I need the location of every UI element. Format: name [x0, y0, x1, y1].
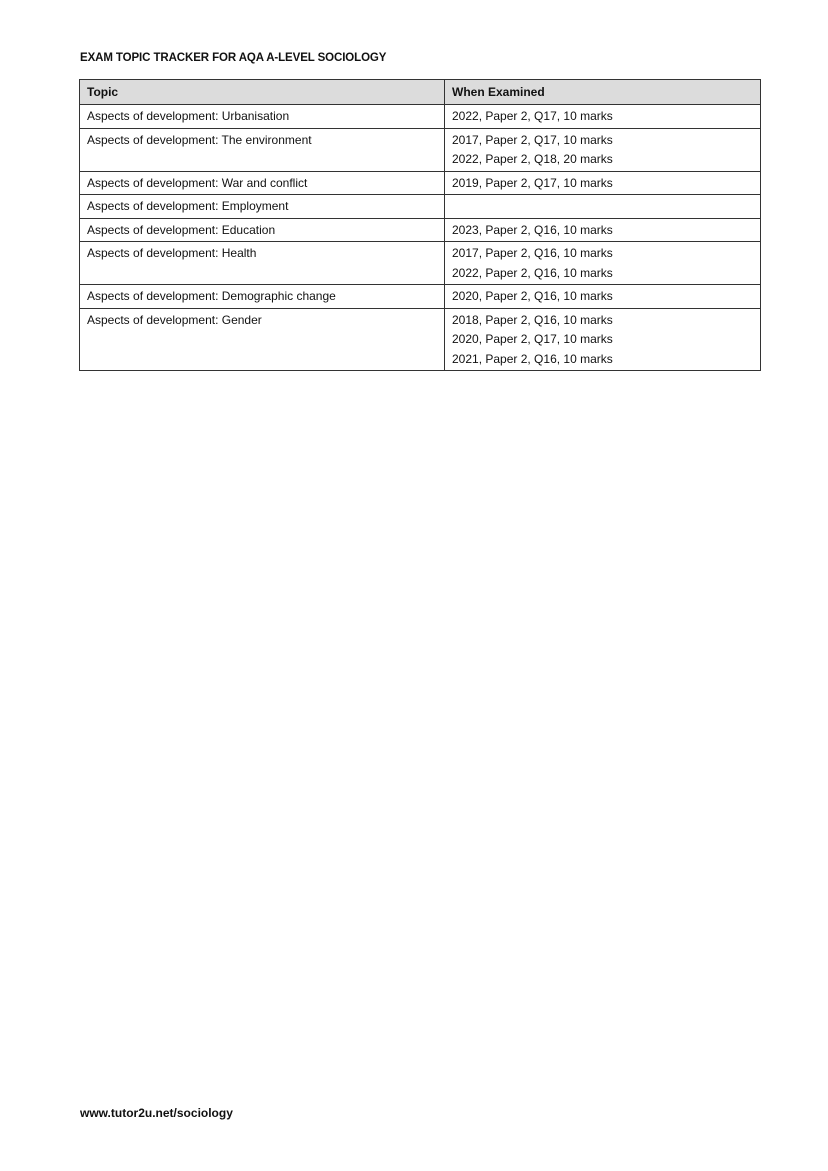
topic-cell: Aspects of development: War and conflict — [80, 171, 445, 195]
exam-entry: 2023, Paper 2, Q16, 10 marks — [452, 221, 753, 241]
exam-entry: 2022, Paper 2, Q18, 20 marks — [452, 150, 753, 170]
topic-cell: Aspects of development: Employment — [80, 195, 445, 219]
table-row: Aspects of development: Employment — [80, 195, 761, 219]
column-header-when-examined: When Examined — [445, 80, 761, 105]
exam-entry: 2018, Paper 2, Q16, 10 marks — [452, 311, 753, 331]
table-row: Aspects of development: Urbanisation2022… — [80, 105, 761, 129]
when-examined-cell: 2017, Paper 2, Q16, 10 marks2022, Paper … — [445, 242, 761, 285]
when-examined-cell: 2020, Paper 2, Q16, 10 marks — [445, 285, 761, 309]
column-header-topic: Topic — [80, 80, 445, 105]
topic-cell: Aspects of development: Health — [80, 242, 445, 285]
table-row: Aspects of development: Demographic chan… — [80, 285, 761, 309]
exam-entry: 2022, Paper 2, Q17, 10 marks — [452, 107, 753, 127]
topic-cell: Aspects of development: Urbanisation — [80, 105, 445, 129]
topic-tracker-table: Topic When Examined Aspects of developme… — [79, 79, 761, 371]
table-row: Aspects of development: War and conflict… — [80, 171, 761, 195]
when-examined-cell: 2018, Paper 2, Q16, 10 marks2020, Paper … — [445, 308, 761, 371]
table-row: Aspects of development: Gender2018, Pape… — [80, 308, 761, 371]
topic-cell: Aspects of development: Education — [80, 218, 445, 242]
when-examined-cell: 2022, Paper 2, Q17, 10 marks — [445, 105, 761, 129]
exam-entry: 2017, Paper 2, Q17, 10 marks — [452, 131, 753, 151]
topic-cell: Aspects of development: Gender — [80, 308, 445, 371]
footer-url: www.tutor2u.net/sociology — [80, 1106, 233, 1120]
exam-entry: 2020, Paper 2, Q17, 10 marks — [452, 330, 753, 350]
when-examined-cell: 2017, Paper 2, Q17, 10 marks2022, Paper … — [445, 128, 761, 171]
table-row: Aspects of development: The environment2… — [80, 128, 761, 171]
exam-entry: 2021, Paper 2, Q16, 10 marks — [452, 350, 753, 370]
when-examined-cell — [445, 195, 761, 219]
exam-entry: 2017, Paper 2, Q16, 10 marks — [452, 244, 753, 264]
exam-entry: 2020, Paper 2, Q16, 10 marks — [452, 287, 753, 307]
exam-entry: 2022, Paper 2, Q16, 10 marks — [452, 264, 753, 284]
exam-entry: 2019, Paper 2, Q17, 10 marks — [452, 174, 753, 194]
table-row: Aspects of development: Health2017, Pape… — [80, 242, 761, 285]
when-examined-cell: 2023, Paper 2, Q16, 10 marks — [445, 218, 761, 242]
table-header-row: Topic When Examined — [80, 80, 761, 105]
topic-cell: Aspects of development: The environment — [80, 128, 445, 171]
topic-cell: Aspects of development: Demographic chan… — [80, 285, 445, 309]
when-examined-cell: 2019, Paper 2, Q17, 10 marks — [445, 171, 761, 195]
table-row: Aspects of development: Education2023, P… — [80, 218, 761, 242]
document-title: EXAM TOPIC TRACKER FOR AQA A-LEVEL SOCIO… — [80, 52, 386, 64]
